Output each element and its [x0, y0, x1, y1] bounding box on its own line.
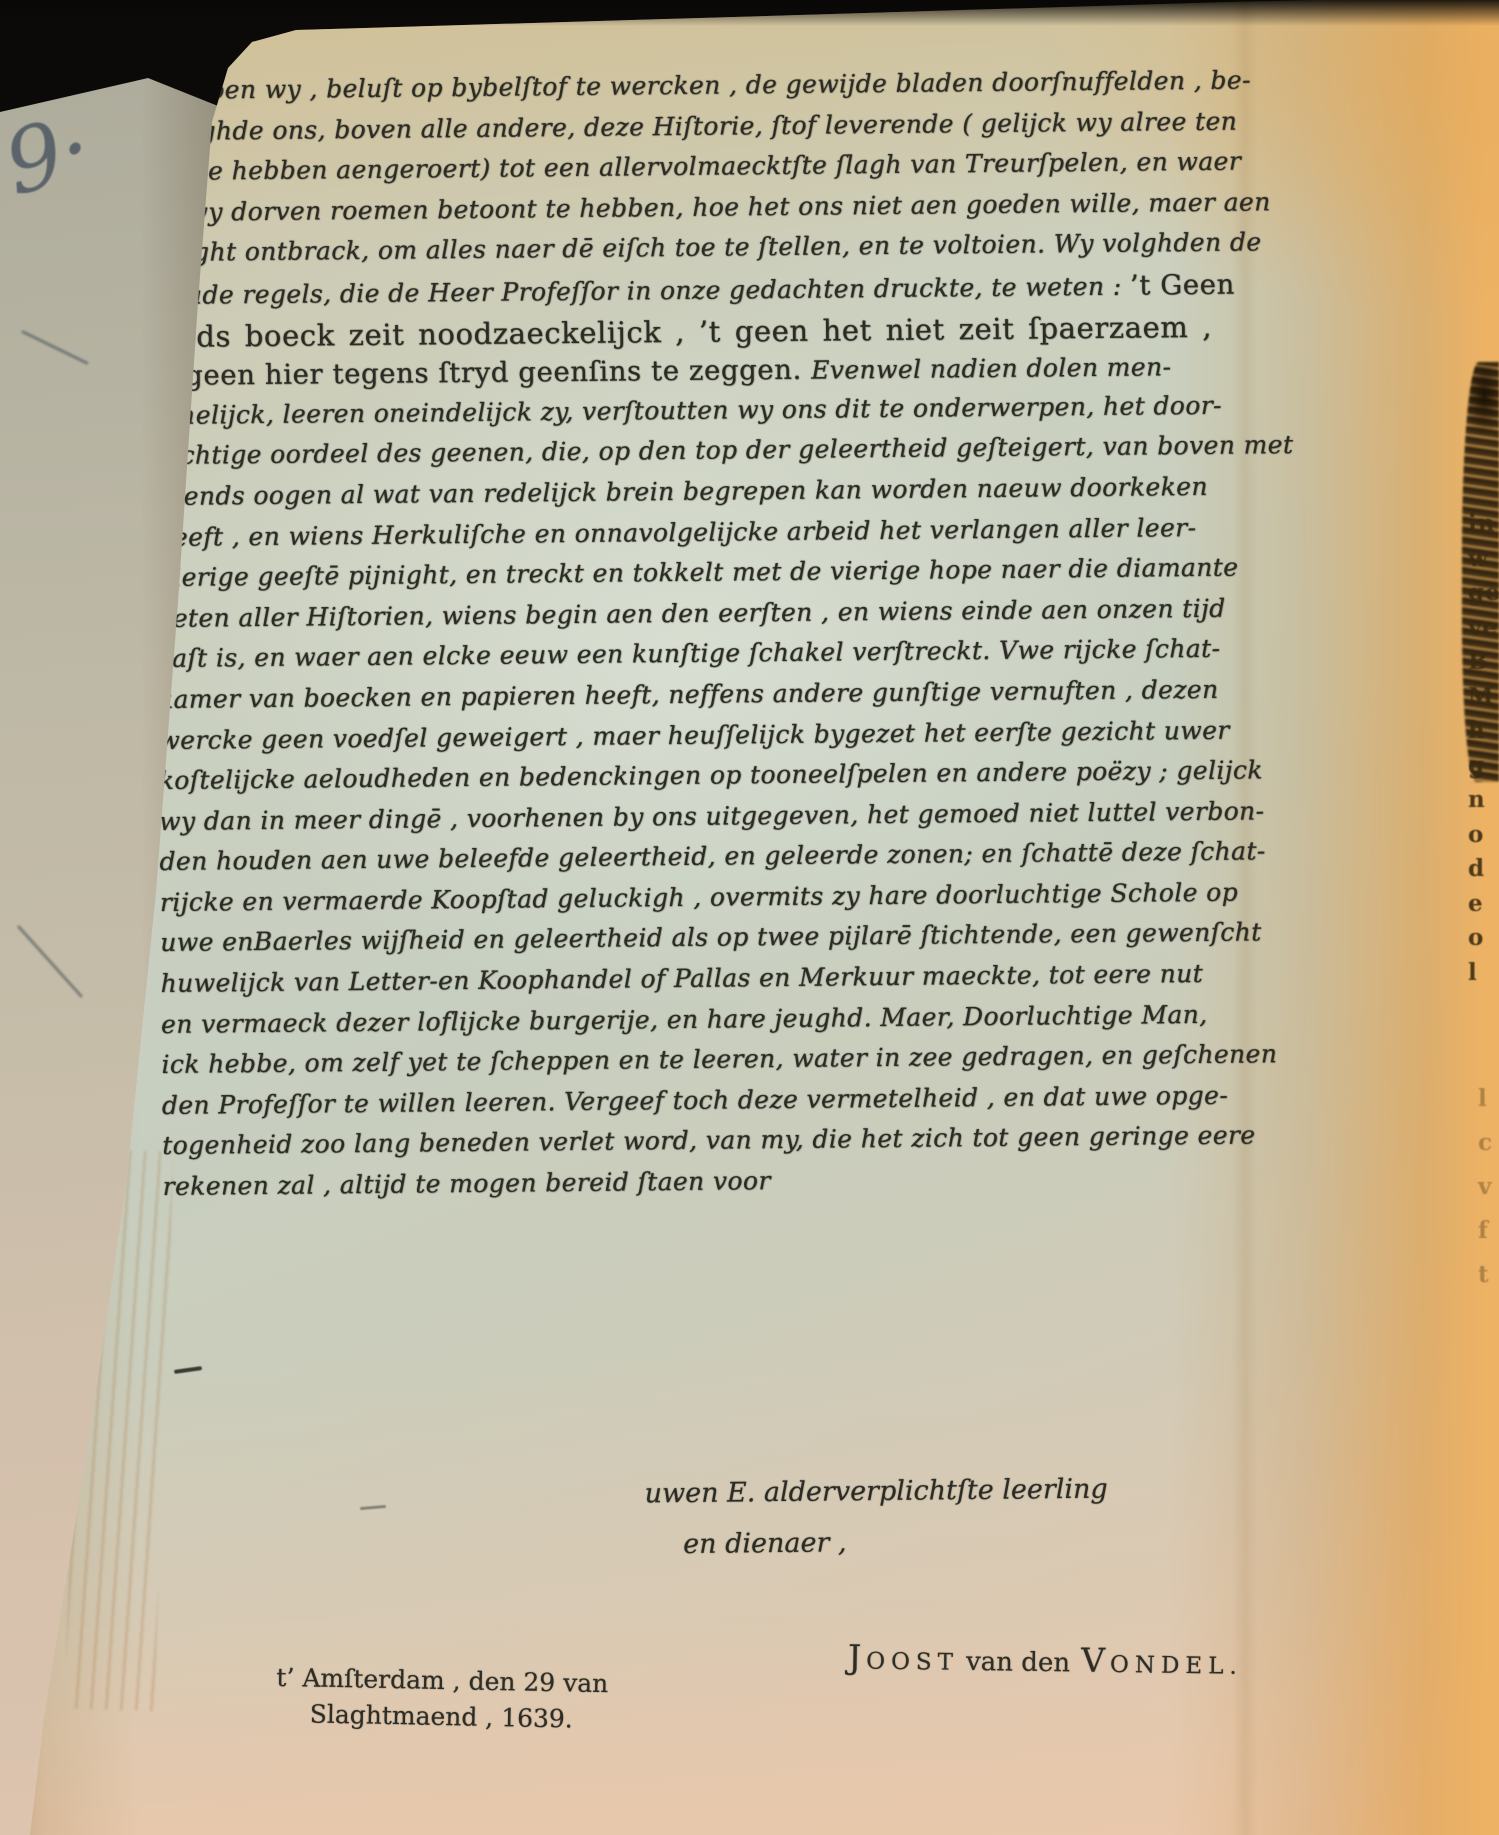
closing-line: en dienaer , [683, 1525, 1109, 1580]
edge-letter-fragment: o [1468, 924, 1499, 959]
signature-first-name: Joost [848, 1637, 960, 1678]
signature-last-name: Vondel. [1081, 1641, 1243, 1682]
margin-pen-mark [174, 1366, 202, 1374]
pen-stroke [17, 925, 83, 998]
text-segment: goude regels, die de Heer Profeſſor in o… [154, 272, 1130, 310]
text-segment: Toen wy , beluſt op bybelſtof te wercken… [194, 65, 1251, 104]
dateline: t’ Amſterdam , den 29 van Slaghtmaend , … [275, 1663, 608, 1741]
handwritten-margin-mark: 9· [0, 95, 101, 215]
pen-stroke [21, 330, 89, 365]
letter-closing: uwen E. alderverplichtſte leerling en di… [644, 1474, 1108, 1581]
edge-letter-fragment: d [1468, 855, 1499, 890]
next-page-text-fragments: inwgeveBMhgnodeol [1468, 510, 1499, 993]
text-segment: ’t Geen [1130, 269, 1235, 302]
edge-letter-fragment: c [1478, 1129, 1499, 1173]
edge-letter-fragment: f [1478, 1217, 1499, 1261]
edge-letter-fragment: ve [1468, 614, 1499, 649]
text-segment: rekenen zal , altijd te mogen bereid ſta… [163, 1166, 771, 1201]
book-page: Toen wy , beluſt op bybelſtof te wercken… [0, 0, 1499, 1835]
text-segment: Evenwel nadien dolen men- [811, 352, 1171, 384]
letter-body-text: Toen wy , beluſt op bybelſtof te wercken… [152, 65, 1268, 1212]
closing-line: uwen E. alderverplichtſte leerling [644, 1474, 1108, 1530]
edge-letter-fragment: g [1468, 752, 1499, 787]
edge-letter-fragment: l [1468, 959, 1499, 994]
next-page-text-fragments-faint: lcvft [1478, 1085, 1499, 1305]
edge-letter-fragment: v [1478, 1173, 1499, 1217]
edge-letter-fragment: l [1478, 1085, 1499, 1129]
author-signature: Joost van den Vondel. [848, 1637, 1243, 1682]
dateline-date: Slaghtmaend , 1639. [309, 1699, 608, 1741]
edge-letter-fragment: n [1468, 786, 1499, 821]
margin-pen-mark [360, 1505, 386, 1510]
edge-letter-fragment: o [1468, 821, 1499, 856]
edge-letter-fragment: ge [1468, 579, 1499, 614]
signature-middle: van den [966, 1647, 1070, 1678]
edge-letter-fragment: M [1468, 683, 1499, 718]
edge-letter-fragment: in [1468, 510, 1499, 545]
edge-letter-fragment: w [1468, 545, 1499, 580]
edge-letter-fragment: t [1478, 1261, 1499, 1305]
edge-letter-fragment: h [1468, 717, 1499, 752]
edge-letter-fragment: B [1468, 648, 1499, 683]
edge-letter-fragment: e [1468, 890, 1499, 925]
photo-background: 9· Toen wy , beluſt op bybelſtof te werc… [0, 0, 1499, 1835]
photo-vignette [0, 0, 1499, 26]
text-segment: ’t geen hier tegens ſtryd geenſins te ze… [155, 354, 812, 392]
